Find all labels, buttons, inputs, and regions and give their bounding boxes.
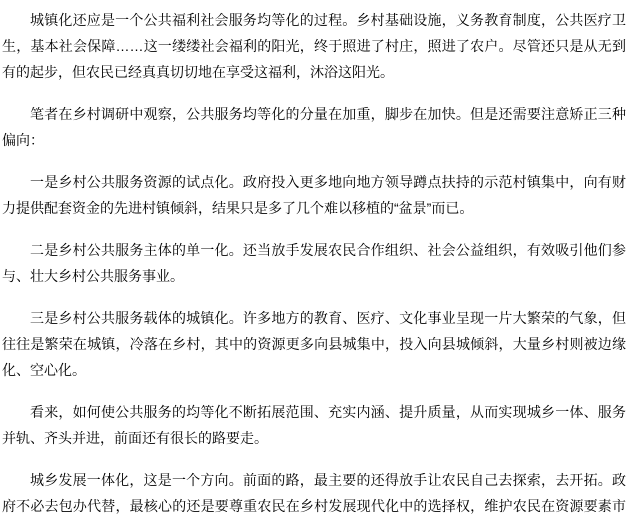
text-line: 偏向： (2, 127, 626, 153)
text-line: 化、空心化。 (2, 357, 626, 383)
text-line: 与、壮大乡村公共服务事业。 (2, 263, 626, 289)
text-line: 往往是繁荣在城镇，冷落在乡村，其中的资源更多向县城集中，投入向县城倾斜，大量乡村… (2, 331, 626, 357)
document-page: 城镇化还应是一个公共福利社会服务均等化的过程。乡村基础设施，义务教育制度，公共医… (0, 0, 629, 523)
paragraph-1: 城镇化还应是一个公共福利社会服务均等化的过程。乡村基础设施，义务教育制度，公共医… (2, 7, 626, 85)
text-line: 笔者在乡村调研中观察，公共服务均等化的分量在加重，脚步在加快。但是还需要注意矫正… (2, 101, 626, 127)
paragraph-2: 笔者在乡村调研中观察，公共服务均等化的分量在加重，脚步在加快。但是还需要注意矫正… (2, 101, 626, 153)
text-line: 力提供配套资金的先进村镇倾斜，结果只是多了几个难以移植的“盆景”而已。 (2, 195, 626, 221)
paragraph-5: 三是乡村公共服务载体的城镇化。许多地方的教育、医疗、文化事业呈现一片大繁荣的气象… (2, 305, 626, 383)
text-line: 二是乡村公共服务主体的单一化。还当放手发展农民合作组织、社会公益组织，有效吸引他… (2, 237, 626, 263)
text-line: 一是乡村公共服务资源的试点化。政府投入更多地向地方领导蹲点扶持的示范村镇集中，向… (2, 169, 626, 195)
text-line: 并轨、齐头并进，前面还有很长的路要走。 (2, 425, 626, 451)
paragraph-7: 城乡发展一体化，这是一个方向。前面的路，最主要的还得放手让农民自己去探索，去开拓… (2, 467, 626, 519)
text-line: 城乡发展一体化，这是一个方向。前面的路，最主要的还得放手让农民自己去探索，去开拓… (2, 467, 626, 493)
text-line: 城镇化还应是一个公共福利社会服务均等化的过程。乡村基础设施，义务教育制度，公共医… (2, 7, 626, 33)
paragraph-4: 二是乡村公共服务主体的单一化。还当放手发展农民合作组织、社会公益组织，有效吸引他… (2, 237, 626, 289)
text-line: 看来，如何使公共服务的均等化不断拓展范围、充实内涵、提升质量，从而实现城乡一体、… (2, 399, 626, 425)
text-line: 生，基本社会保障……这一缕缕社会福利的阳光，终于照进了村庄，照进了农户。尽管还只… (2, 33, 626, 59)
text-line: 府不必去包办代替，最核心的还是要尊重农民在乡村发展现代化中的选择权，维护农民在资… (2, 493, 626, 519)
text-line: 有的起步，但农民已经真真切切地在享受这福利，沐浴这阳光。 (2, 59, 626, 85)
text-line: 三是乡村公共服务载体的城镇化。许多地方的教育、医疗、文化事业呈现一片大繁荣的气象… (2, 305, 626, 331)
paragraph-3: 一是乡村公共服务资源的试点化。政府投入更多地向地方领导蹲点扶持的示范村镇集中，向… (2, 169, 626, 221)
paragraph-6: 看来，如何使公共服务的均等化不断拓展范围、充实内涵、提升质量，从而实现城乡一体、… (2, 399, 626, 451)
